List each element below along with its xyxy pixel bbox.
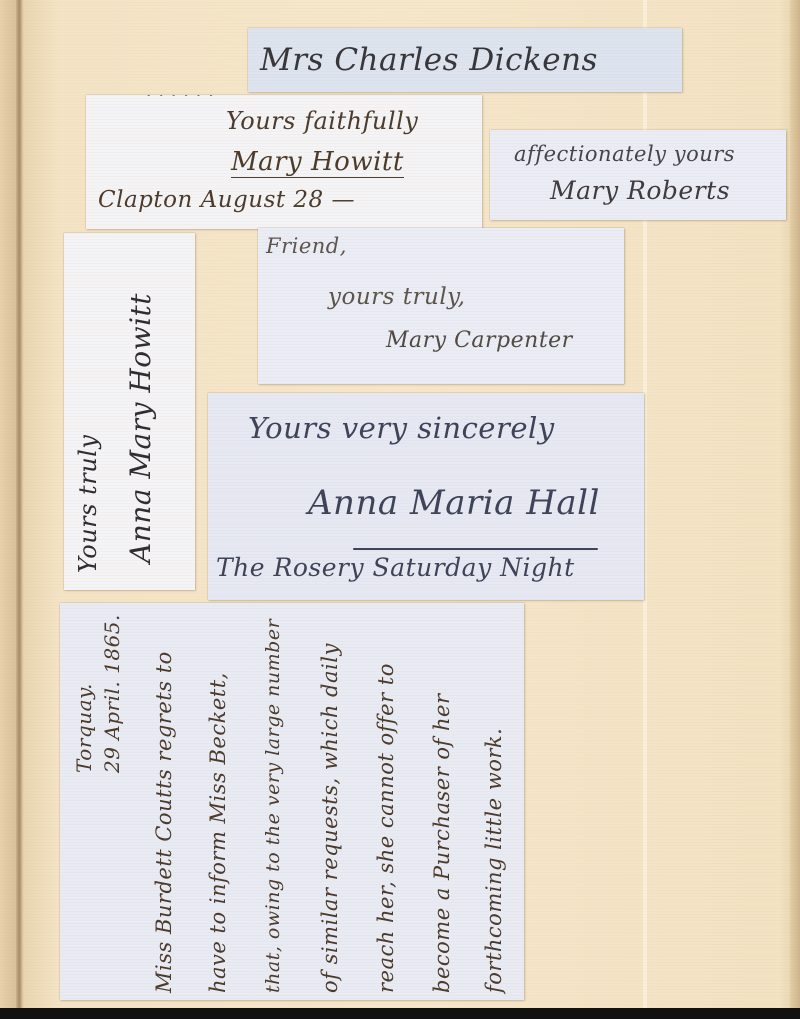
note-line: Miss Burdett Coutts regrets to [152,651,176,993]
clipping-mary-roberts: affectionately yours Mary Roberts [490,130,786,220]
note-line: have to inform Miss Beckett, [206,672,230,993]
book-gutter [16,0,22,1008]
signature-dickens: Mrs Charles Dickens [260,42,598,78]
salutation-line: Friend, [266,234,347,258]
clipping-mary-carpenter: Friend, yours truly, Mary Carpenter [258,228,624,384]
clipping-burdett-coutts-note: Torquay. 29 April. 1865. Miss Burdett Co… [60,603,524,1000]
closing-line: Yours faithfully [226,107,418,135]
closing-line: Yours very sincerely [248,411,555,445]
note-line: become a Purchaser of her [430,694,454,994]
signature-anna-mary-howitt: Anna Mary Howitt [124,293,157,563]
clipping-anna-maria-hall: Yours very sincerely Anna Maria Hall The… [208,393,644,600]
signature-mary-howitt: Mary Howitt [231,147,404,178]
signature-mary-carpenter: Mary Carpenter [386,328,573,353]
signature-underline [353,548,598,550]
note-date: 29 April. 1865. [100,614,124,773]
album-page: Mrs Charles Dickens · · · · · · Yours fa… [0,0,800,1008]
note-line: forthcoming little work. [482,728,506,993]
closing-line: affectionately yours [514,142,735,166]
signature-mary-roberts: Mary Roberts [550,176,730,205]
scan-edge [0,1008,800,1019]
place-date: The Rosery Saturday Night [216,553,575,582]
place-date: Clapton August 28 — [98,187,355,213]
note-line: of similar requests, which daily [318,643,342,993]
clipping-mary-howitt: · · · · · · Yours faithfully Mary Howitt… [86,95,482,229]
clipping-anna-mary-howitt: Yours truly Anna Mary Howitt [64,233,195,590]
cut-off-text: · · · · · · [146,95,214,106]
closing-line: Yours truly [74,435,102,573]
note-line: that, owing to the very large number [262,619,284,993]
note-line: reach her, she cannot offer to [374,663,398,993]
page-edge [790,0,800,1008]
clipping-dickens: Mrs Charles Dickens [248,28,682,92]
closing-line: yours truly, [328,284,465,310]
note-place: Torquay. [72,683,96,773]
signature-anna-maria-hall: Anna Maria Hall [308,483,600,523]
